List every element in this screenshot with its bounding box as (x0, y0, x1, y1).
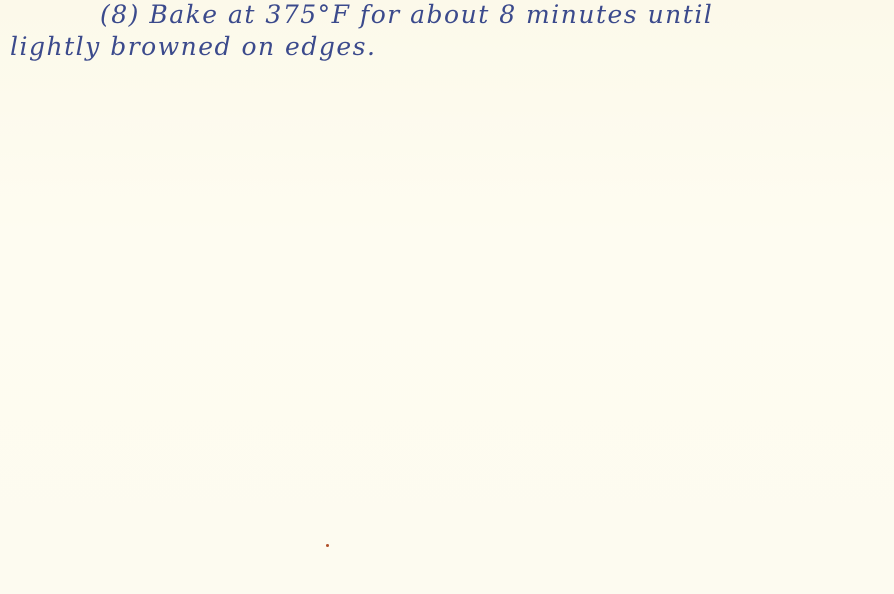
handwritten-line-1: (8) Bake at 375°F for about 8 minutes un… (100, 0, 713, 29)
handwritten-line-2: lightly browned on edges. (10, 32, 376, 61)
recipe-card: (8) Bake at 375°F for about 8 minutes un… (0, 0, 894, 594)
paper-speck (326, 544, 329, 547)
